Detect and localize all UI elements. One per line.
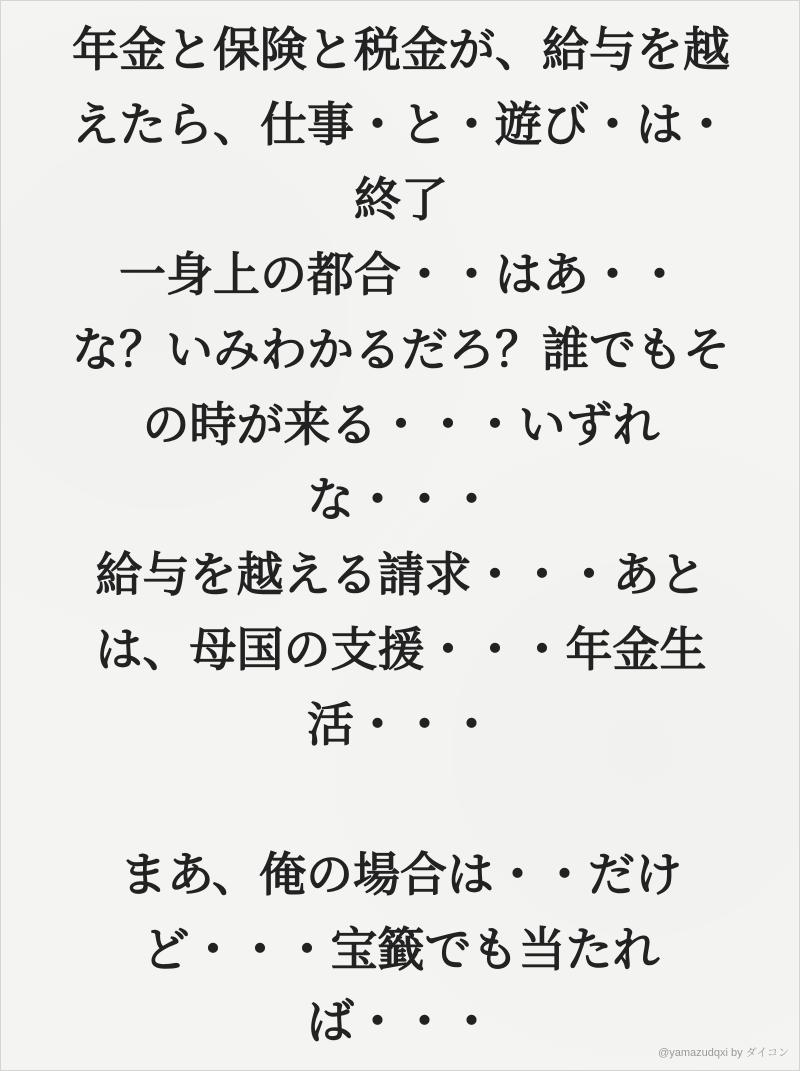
quote-card: 年金と保険と税金が、給与を越 えたら、仕事・と・遊び・は・ 終了 一身上の都合・…: [0, 0, 800, 1071]
text-line-2: えたら、仕事・と・遊び・は・: [1, 96, 800, 156]
text-line-6: の時が来る・・・いずれ: [1, 396, 800, 456]
text-line-12: ど・・・宝籤でも当たれ: [1, 921, 800, 981]
text-line-3: 終了: [1, 171, 800, 231]
text-line-blank: [1, 771, 800, 831]
text-line-4: 一身上の都合・・はあ・・: [1, 246, 800, 306]
text-line-9: は、母国の支援・・・年金生: [1, 621, 800, 681]
text-line-5: な？いみわかるだろ？誰でもそ: [1, 321, 800, 381]
text-line-7: な・・・: [1, 471, 800, 531]
text-line-11: まあ、俺の場合は・・だけ: [1, 846, 800, 906]
text-line-1: 年金と保険と税金が、給与を越: [1, 21, 800, 81]
text-line-8: 給与を越える請求・・・あと: [1, 546, 800, 606]
author-watermark: @yamazudqxi by ダイコン: [658, 1044, 789, 1060]
text-line-10: 活・・・: [1, 696, 800, 756]
